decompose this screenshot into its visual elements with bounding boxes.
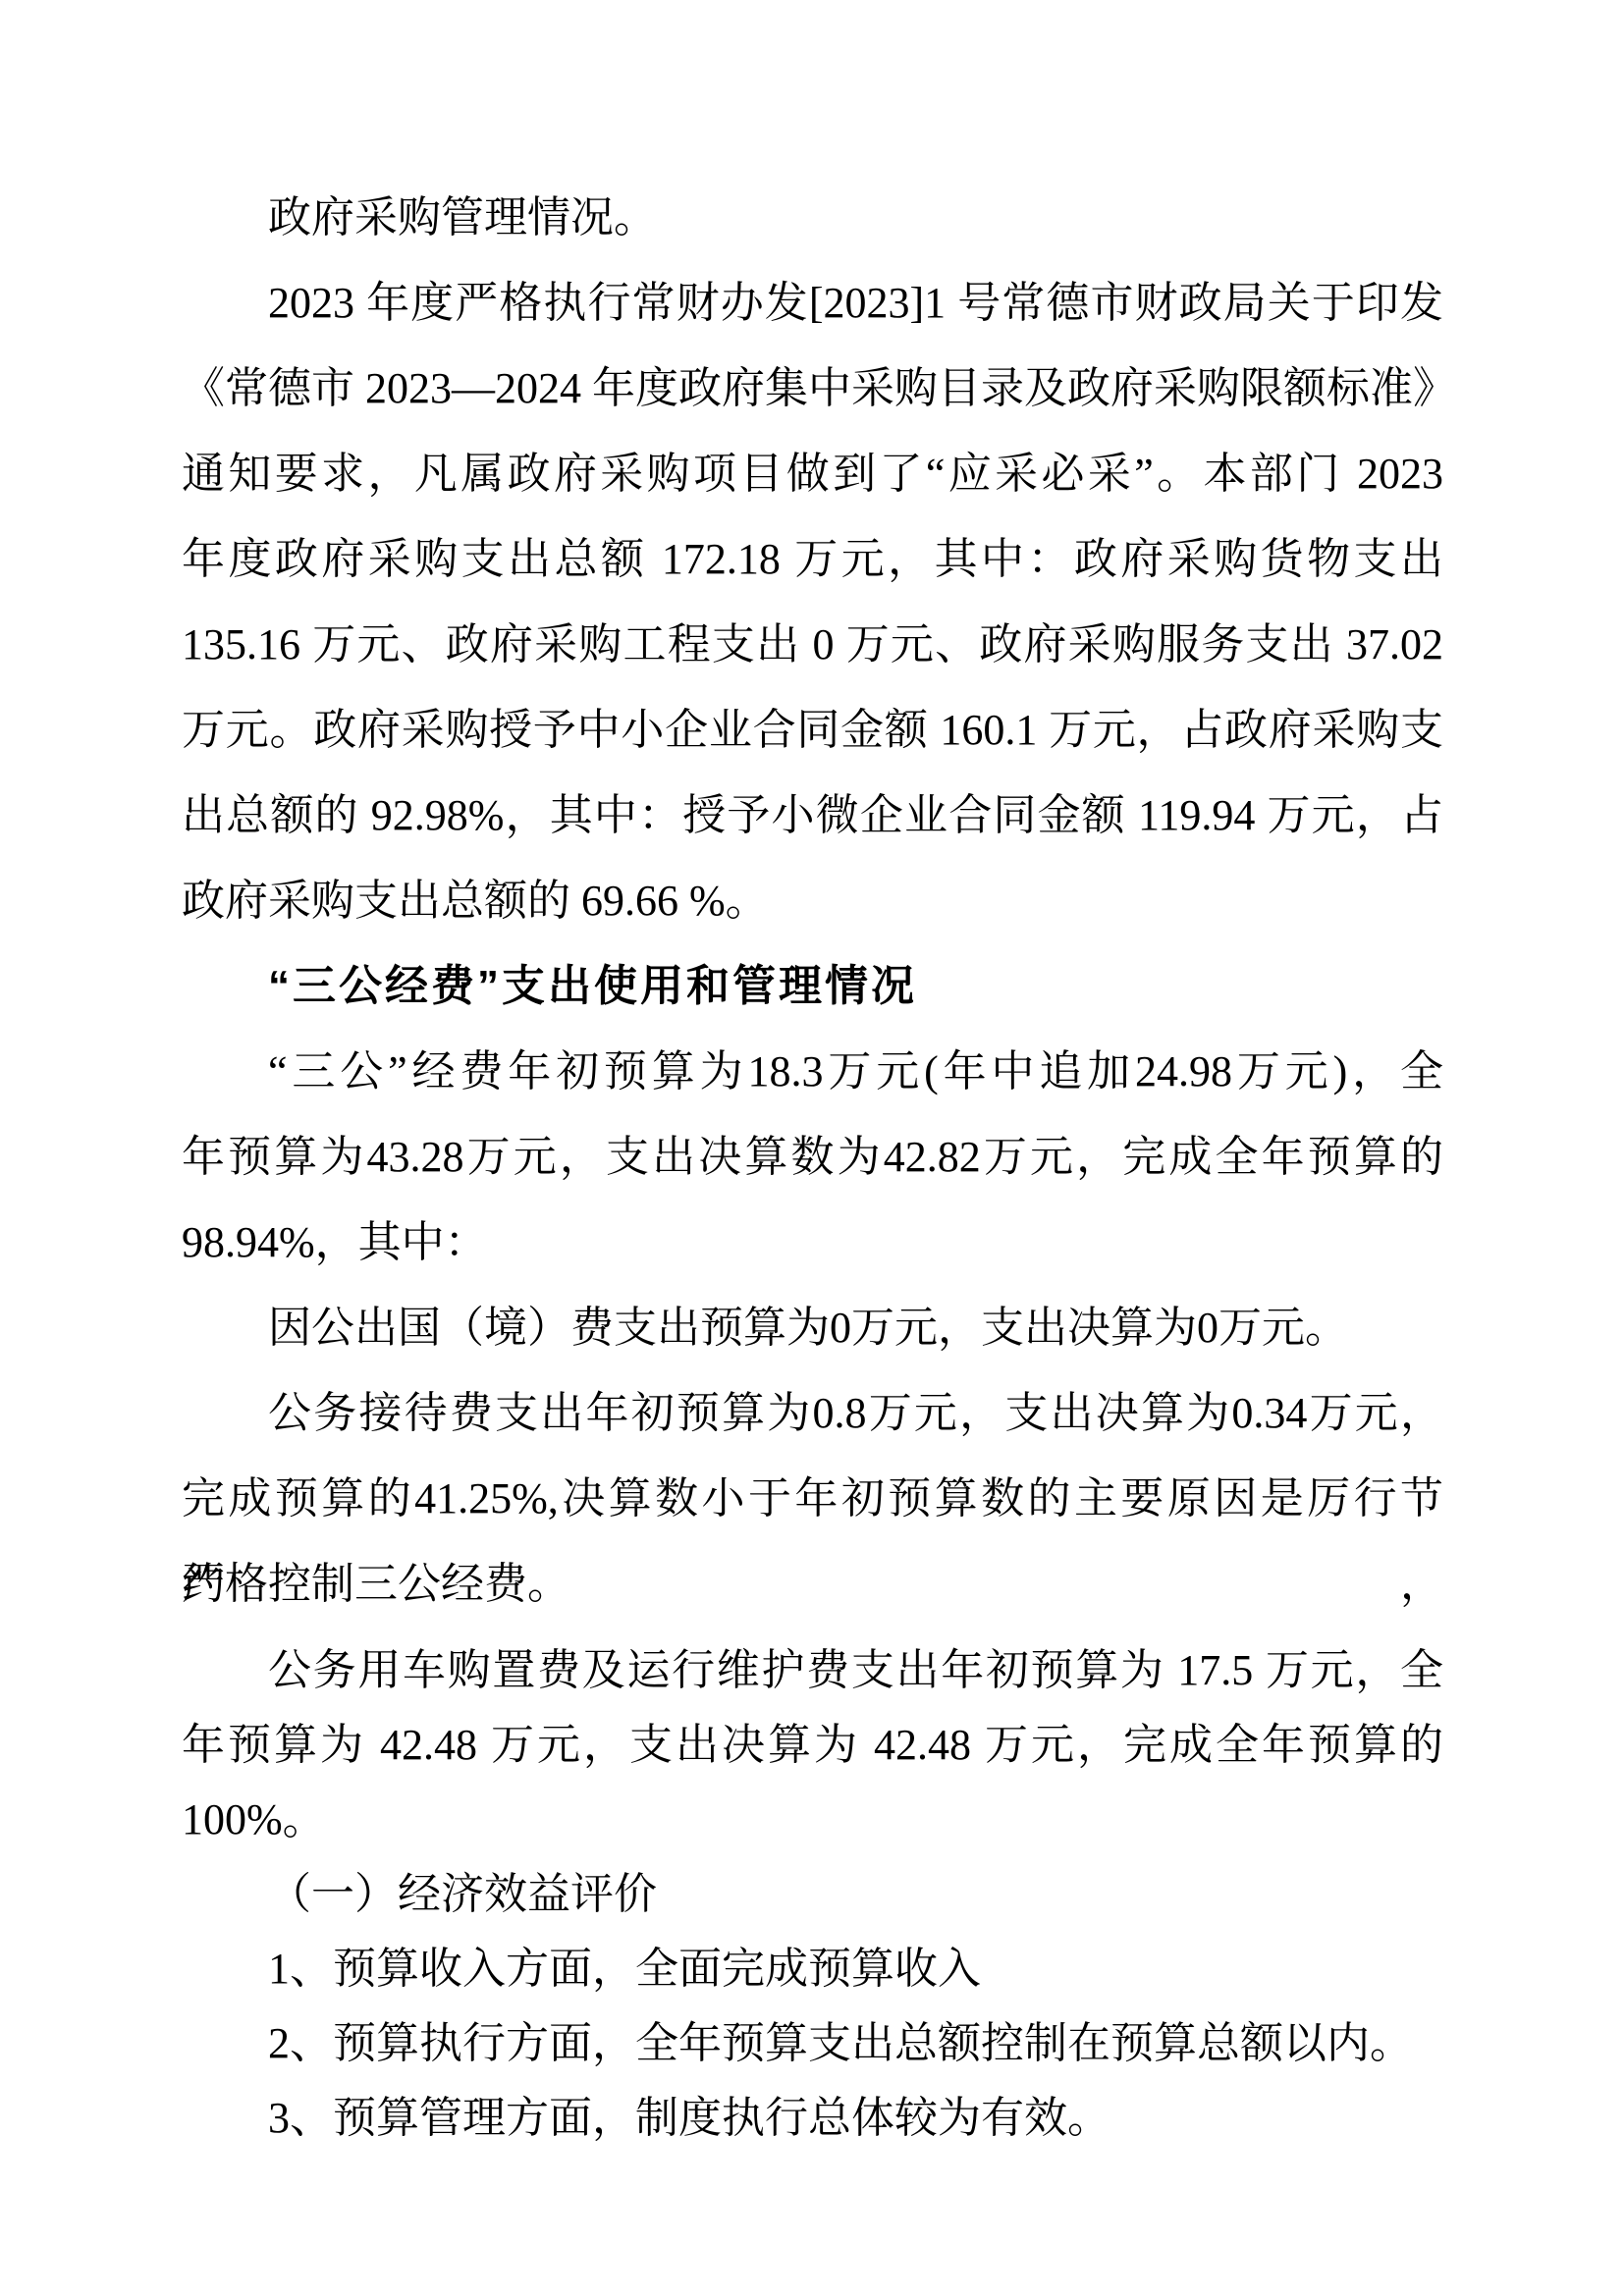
document-page: 政府采购管理情况。 2023 年度严格执行常财办发[2023]1 号常德市财政局…	[0, 0, 1624, 2296]
text-line: 政府采购管理情况。	[182, 175, 1443, 260]
text-line: 135.16 万元、政府采购工程支出 0 万元、政府采购服务支出 37.02	[182, 602, 1443, 687]
page-content: 政府采购管理情况。 2023 年度严格执行常财办发[2023]1 号常德市财政局…	[182, 175, 1443, 2156]
text-line: 万元。政府采购授予中小企业合同金额 160.1 万元，占政府采购支	[182, 687, 1443, 773]
list-item: 2、预算执行方面，全年预算支出总额控制在预算总额以内。	[182, 2006, 1443, 2081]
text-line: 年度政府采购支出总额 172.18 万元，其中：政府采购货物支出	[182, 516, 1443, 602]
subsection-title: （一）经济效益评价	[182, 1857, 1443, 1932]
list-item: 1、预算收入方面，全面完成预算收入	[182, 1932, 1443, 2006]
text-line: 《常德市 2023—2024 年度政府集中采购目录及政府采购限额标准》	[182, 346, 1443, 431]
text-line: 2023 年度严格执行常财办发[2023]1 号常德市财政局关于印发	[182, 260, 1443, 346]
procurement-section: 政府采购管理情况。 2023 年度严格执行常财办发[2023]1 号常德市财政局…	[182, 175, 1443, 1627]
text-line: 公务接待费支出年初预算为0.8万元，支出决算为0.34万元，	[182, 1370, 1443, 1456]
text-line: “三公”经费年初预算为18.3万元(年中追加24.98万元)，全	[182, 1029, 1443, 1114]
evaluation-section: 公务用车购置费及运行维护费支出年初预算为 17.5 万元，全 年预算为 42.4…	[182, 1633, 1443, 2156]
text-line: 年预算为43.28万元，支出决算数为42.82万元，完成全年预算的	[182, 1114, 1443, 1200]
list-item: 3、预算管理方面，制度执行总体较为有效。	[182, 2081, 1443, 2156]
text-line: 公务用车购置费及运行维护费支出年初预算为 17.5 万元，全	[182, 1633, 1443, 1708]
text-line: 通知要求，凡属政府采购项目做到了“应采必采”。本部门 2023	[182, 431, 1443, 516]
text-line: 出总额的 92.98%，其中：授予小微企业合同金额 119.94 万元，占	[182, 773, 1443, 858]
text-line: 98.94%，其中：	[182, 1200, 1443, 1285]
text-line: 年预算为 42.48 万元，支出决算为 42.48 万元，完成全年预算的	[182, 1708, 1443, 1783]
text-line: 100%。	[182, 1783, 1443, 1857]
text-line: 政府采购支出总额的 69.66 %。	[182, 858, 1443, 943]
section-heading: “三公经费”支出使用和管理情况	[182, 943, 1443, 1029]
text-line: 完成预算的41.25%,决算数小于年初预算数的主要原因是厉行节约，	[182, 1456, 1443, 1541]
text-line: 因公出国（境）费支出预算为0万元，支出决算为0万元。	[182, 1285, 1443, 1370]
